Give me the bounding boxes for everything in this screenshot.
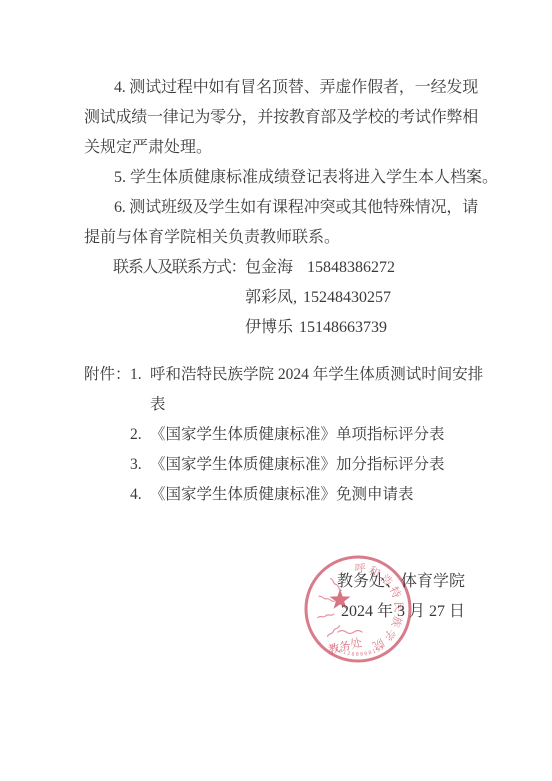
svg-text:民: 民 bbox=[392, 601, 406, 613]
attachment-title: 表 bbox=[150, 396, 166, 413]
attachment-number: 1. bbox=[130, 360, 142, 390]
svg-text:族: 族 bbox=[389, 614, 405, 628]
svg-text:呼: 呼 bbox=[354, 562, 366, 576]
official-seal: 呼和浩特民族学院 教务处 1501260008153 bbox=[300, 555, 416, 665]
seal-star-icon bbox=[330, 589, 351, 609]
attachment-number: 2. bbox=[130, 420, 142, 450]
attachment-item: 4. 《国家学生体质健康标准》免测申请表 bbox=[84, 480, 478, 510]
attachments-label: 附件： bbox=[84, 360, 131, 390]
contact-person-name: 伊博乐 bbox=[245, 319, 293, 336]
attachment-item: 表 bbox=[84, 390, 478, 420]
attachment-title: 《国家学生体质健康标准》单项指标评分表 bbox=[150, 426, 445, 443]
contact-person-name: 郭彩凤, bbox=[245, 289, 297, 306]
svg-text:浩: 浩 bbox=[378, 571, 396, 589]
document-page: 4. 测试过程中如有冒名顶替、弄虚作假者，一经发现 测试成绩一律记为零分，并按教… bbox=[0, 0, 552, 781]
contact-label: 联系人及联系方式： bbox=[113, 253, 245, 283]
notice-line: 关规定严肃处理。 bbox=[84, 133, 478, 163]
contact-phone: 15148663739 bbox=[299, 319, 387, 336]
attachment-number: 3. bbox=[130, 450, 142, 480]
notice-line: 提前与体育学院相关负责教师联系。 bbox=[84, 223, 478, 253]
contact-line: 联系人及联系方式：包金海15848386272 bbox=[84, 253, 478, 283]
notice-line: 测试成绩一律记为零分，并按教育部及学校的考试作弊相 bbox=[84, 103, 478, 133]
attachment-item: 附件： 1. 呼和浩特民族学院 2024 年学生体质测试时间安排 bbox=[84, 360, 478, 390]
notice-line: 4. 测试过程中如有冒名顶替、弄虚作假者，一经发现 bbox=[84, 73, 478, 103]
svg-text:和: 和 bbox=[367, 564, 382, 580]
attachment-title: 《国家学生体质健康标准》免测申请表 bbox=[150, 486, 414, 503]
notice-body: 4. 测试过程中如有冒名顶替、弄虚作假者，一经发现 测试成绩一律记为零分，并按教… bbox=[84, 73, 478, 627]
attachment-title: 呼和浩特民族学院 2024 年学生体质测试时间安排 bbox=[150, 366, 483, 383]
contact-phone: 15248430257 bbox=[303, 289, 391, 306]
notice-line: 6. 测试班级及学生如有课程冲突或其他特殊情况，请 bbox=[84, 193, 478, 223]
contact-phone: 15848386272 bbox=[307, 259, 395, 276]
attachment-number: 4. bbox=[130, 480, 142, 510]
contact-person-name: 包金海 bbox=[245, 259, 293, 276]
svg-text:特: 特 bbox=[387, 584, 404, 600]
contact-line: 伊博乐15148663739 bbox=[84, 313, 478, 343]
seal-mongolian-script bbox=[318, 578, 362, 637]
contact-line: 郭彩凤,15248430257 bbox=[84, 283, 478, 313]
attachment-item: 2. 《国家学生体质健康标准》单项指标评分表 bbox=[84, 420, 478, 450]
attachments-list: 附件： 1. 呼和浩特民族学院 2024 年学生体质测试时间安排 表 2. 《国… bbox=[84, 360, 478, 510]
signature-block: 教务处、体育学院 2024 年 3 月 27 日 bbox=[84, 567, 478, 627]
notice-line: 5. 学生体质健康标准成绩登记表将进入学生本人档案。 bbox=[84, 163, 478, 193]
attachment-title: 《国家学生体质健康标准》加分指标评分表 bbox=[150, 456, 445, 473]
attachment-item: 3. 《国家学生体质健康标准》加分指标评分表 bbox=[84, 450, 478, 480]
